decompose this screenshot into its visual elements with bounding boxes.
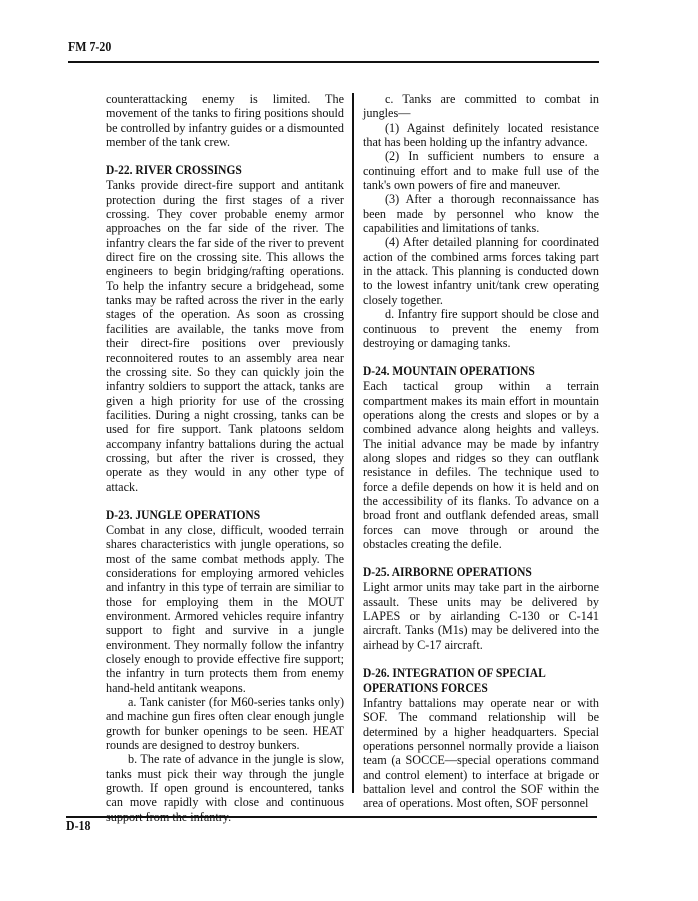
- section-heading-d26-line2: OPERATIONS FORCES: [363, 681, 580, 696]
- list-item-4: (4) After detailed planning for coordina…: [363, 235, 599, 307]
- footer-rule: [66, 816, 597, 818]
- section-body-d22: Tanks provide direct-fire support and an…: [106, 178, 344, 494]
- continuation-paragraph: counterattacking enemy is limited. The m…: [106, 92, 344, 149]
- section-heading-d24: D-24. MOUNTAIN OPERATIONS: [363, 364, 580, 379]
- section-body-d24: Each tactical group within a terrain com…: [363, 379, 599, 551]
- manual-id-header: FM 7-20: [68, 40, 111, 56]
- column-change-bar: [352, 93, 354, 793]
- section-heading-d23: D-23. JUNGLE OPERATIONS: [106, 508, 325, 523]
- section-body-d25: Light armor units may take part in the a…: [363, 580, 599, 652]
- paragraph-d: d. Infantry fire support should be close…: [363, 307, 599, 350]
- paragraph-a: a. Tank canister (for M60-series tanks o…: [106, 695, 344, 752]
- header-rule: [68, 61, 599, 63]
- section-heading-d26-line1: D-26. INTEGRATION OF SPECIAL: [363, 666, 580, 681]
- list-item-3: (3) After a thorough reconnaissance has …: [363, 192, 599, 235]
- paragraph-b: b. The rate of advance in the jungle is …: [106, 752, 344, 824]
- left-column: counterattacking enemy is limited. The m…: [106, 92, 344, 824]
- right-column: c. Tanks are committed to combat in jung…: [363, 92, 599, 811]
- section-heading-d22: D-22. RIVER CROSSINGS: [106, 163, 325, 178]
- list-item-1: (1) Against definitely located resistanc…: [363, 121, 599, 150]
- paragraph-c: c. Tanks are committed to combat in jung…: [363, 92, 599, 121]
- list-item-2: (2) In sufficient numbers to ensure a co…: [363, 149, 599, 192]
- section-body-d23: Combat in any close, difficult, wooded t…: [106, 523, 344, 695]
- section-heading-d25: D-25. AIRBORNE OPERATIONS: [363, 565, 580, 580]
- page-number: D-18: [66, 819, 90, 835]
- section-body-d26: Infantry battalions may operate near or …: [363, 696, 599, 811]
